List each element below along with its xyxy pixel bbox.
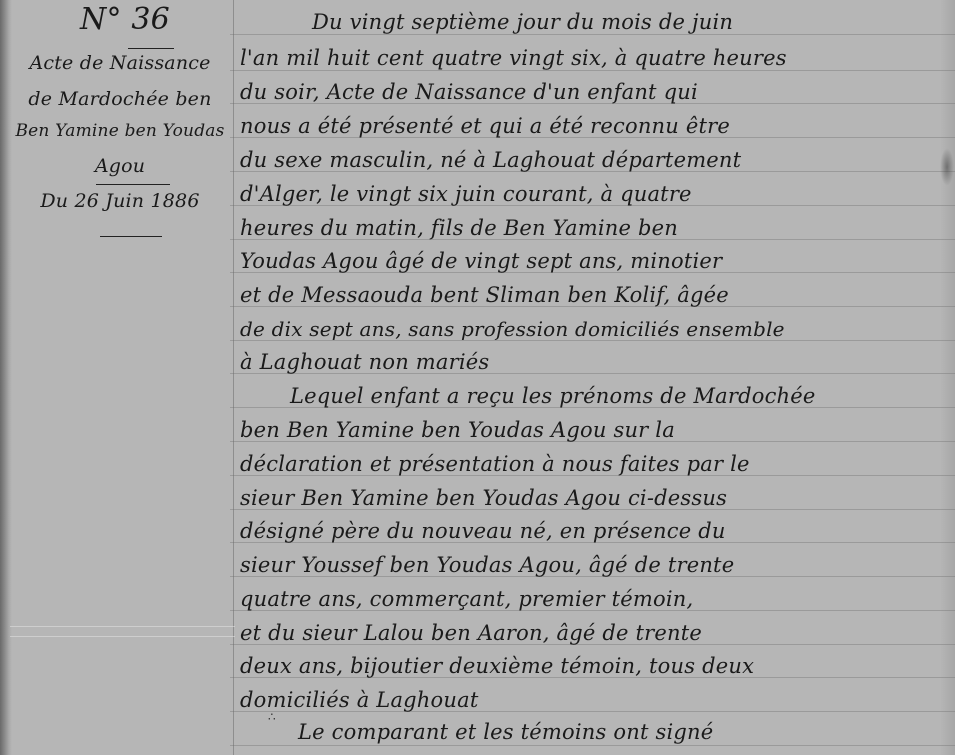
margin-date-underline (100, 236, 162, 237)
act-number-underline (128, 48, 174, 49)
margin-title-line: Acte de Naissance (10, 52, 230, 74)
body-line: du sexe masculin, né à Laghouat départem… (240, 148, 741, 172)
body-line: deux ans, bijoutier deuxième témoin, tou… (240, 654, 754, 678)
margin-date: Du 26 Juin 1886 (10, 190, 230, 212)
ruled-line (230, 745, 955, 746)
body-line: sieur Youssef ben Youdas Agou, âgé de tr… (240, 553, 734, 577)
ruled-line (230, 70, 955, 71)
body-line: heures du matin, fils de Ben Yamine ben (240, 216, 678, 240)
paper-crease (10, 636, 235, 637)
margin-name-underline (96, 184, 170, 185)
body-line: déclaration et présentation à nous faite… (240, 452, 750, 476)
ruled-line (230, 34, 955, 35)
body-line: Du vingt septième jour du mois de juin (312, 10, 733, 34)
body-line: sieur Ben Yamine ben Youdas Agou ci-dess… (240, 486, 727, 510)
body-line: Lequel enfant a reçu les prénoms de Mard… (290, 384, 816, 408)
act-number: N° 36 (80, 2, 170, 37)
body-line: et du sieur Lalou ben Aaron, âgé de tren… (240, 621, 702, 645)
body-line: désigné père du nouveau né, en présence … (240, 519, 726, 543)
body-line: quatre ans, commerçant, premier témoin, (240, 587, 693, 611)
body-line: Le comparant et les témoins ont signé (298, 720, 713, 744)
margin-title-line: de Mardochée ben (10, 88, 230, 110)
body-line: d'Alger, le vingt six juin courant, à qu… (240, 182, 692, 206)
body-line: ben Ben Yamine ben Youdas Agou sur la (240, 418, 675, 442)
body-line: du soir, Acte de Naissance d'un enfant q… (240, 80, 698, 104)
margin-title-line: Agou (10, 155, 230, 177)
body-line: Youdas Agou âgé de vingt sept ans, minot… (240, 249, 722, 273)
body-line: domiciliés à Laghouat (240, 688, 478, 712)
body-line: à Laghouat non mariés (240, 350, 489, 374)
margin-title-line: Ben Yamine ben Youdas (10, 121, 230, 141)
body-line: et de Messaouda bent Sliman ben Kolif, â… (240, 283, 729, 307)
register-page: N° 36 Acte de Naissance de Mardochée ben… (0, 0, 955, 755)
body-line: nous a été présenté et qui a été reconnu… (240, 114, 730, 138)
ink-smudge (940, 148, 954, 186)
paper-crease (10, 626, 235, 627)
ink-dots: ∴ (268, 710, 276, 724)
margin-rule (233, 0, 234, 755)
body-line: de dix sept ans, sans profession domicil… (240, 317, 785, 341)
body-line: l'an mil huit cent quatre vingt six, à q… (240, 46, 787, 70)
